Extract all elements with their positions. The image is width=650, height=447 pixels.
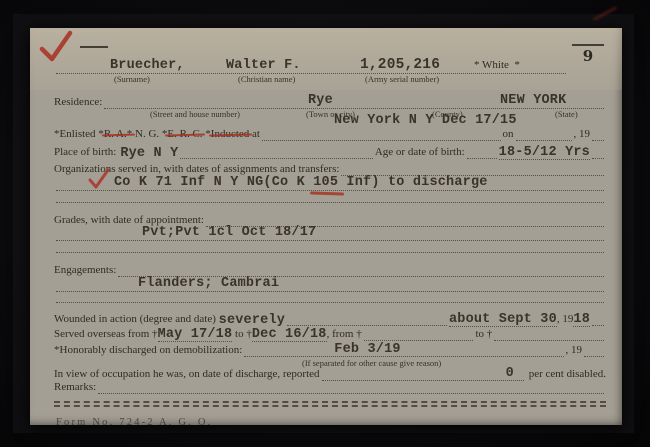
residence-captions: (Street and house number) (Town or city)…	[54, 109, 606, 120]
enlisted-inducted-option: Inducted	[211, 128, 249, 141]
enlisted-ng-option: N. G. *	[132, 128, 167, 141]
organizations-value: Co K 71 Inf N Y NG(Co K 105 Inf) to disc…	[114, 176, 488, 190]
enlisted-place-date-value: New York N Y Dec 17/15	[334, 114, 517, 128]
blank-line-3	[54, 291, 606, 303]
residence-town-value: Rye	[308, 94, 333, 108]
blank-rule-2	[56, 251, 604, 253]
enlisted-ra-option: R. A.*	[104, 128, 132, 141]
state-caption: (State)	[555, 109, 578, 119]
enlisted-label: *Enlisted *	[54, 128, 104, 141]
blank-line-1	[54, 191, 606, 203]
residence-line: Residence: Rye NEW YORK	[54, 91, 606, 109]
grades-value: Pvt;Pvt 1cl Oct 18/17	[142, 226, 316, 240]
page-number-rule	[572, 44, 604, 46]
enlisted-line: *Enlisted * R. A.* N. G. * E. R. C. * In…	[54, 122, 606, 141]
residence-state-value: NEW YORK	[500, 94, 566, 108]
remarks-label: Remarks:	[54, 381, 96, 394]
name-line: Bruecher, Walter F. 1,205,216 * White * …	[54, 56, 606, 74]
red-check-small-icon	[88, 168, 110, 190]
form-number-text: Form No. 724-2 A. G. O.	[56, 417, 212, 425]
tally-dash	[80, 46, 108, 48]
remarks-line: Remarks:	[54, 376, 606, 394]
christian-caption: (Christian name)	[238, 74, 295, 84]
discharged-date-value: Feb 3/19	[334, 343, 400, 357]
double-rule	[54, 401, 606, 407]
race-white-label: * White *	[474, 59, 520, 72]
enlisted-year-label: , 19	[574, 128, 591, 141]
discharged-label: *Honorably discharged on demobilization:	[54, 344, 242, 357]
discharged-rule: Feb 3/19	[244, 355, 563, 357]
engagements-value: Flanders; Cambrai	[138, 277, 279, 291]
organizations-typed-line: Co K 71 Inf N Y NG(Co K 105 Inf) to disc…	[54, 173, 606, 191]
serial-number-value: 1,205,216	[360, 58, 440, 73]
name-captions: (Surname) (Christian name) (Army serial …	[54, 74, 606, 85]
blank-rule-1	[56, 201, 604, 203]
discharged-line: *Honorably discharged on demobilization:…	[54, 339, 606, 357]
remarks-rule	[98, 392, 604, 394]
grades-typed-line: Pvt;Pvt 1cl Oct 18/17	[54, 223, 606, 241]
street-caption: (Street and house number)	[150, 109, 240, 119]
photo-background: 9 Bruecher, Walter F. 1,205,216 * White …	[0, 0, 650, 447]
enlisted-erc-option: E. R. C.	[167, 128, 202, 141]
discharged-year-rule	[584, 355, 604, 357]
christian-name-value: Walter F.	[226, 59, 301, 73]
blank-line-2	[54, 241, 606, 253]
engagements-typed-line: Flanders; Cambrai	[54, 274, 606, 292]
birth-line: Place of birth: Rye N Y Age or date of b…	[54, 141, 606, 159]
enlisted-on-label: on	[503, 128, 514, 141]
serial-caption: (Army serial number)	[365, 74, 439, 84]
residence-label: Residence:	[54, 96, 102, 109]
blank-rule-3	[56, 301, 604, 303]
surname-value: Bruecher,	[110, 59, 185, 73]
service-record-card: 9 Bruecher, Walter F. 1,205,216 * White …	[30, 28, 622, 425]
discharged-year-label: , 19	[566, 344, 583, 357]
surname-caption: (Surname)	[114, 74, 150, 84]
